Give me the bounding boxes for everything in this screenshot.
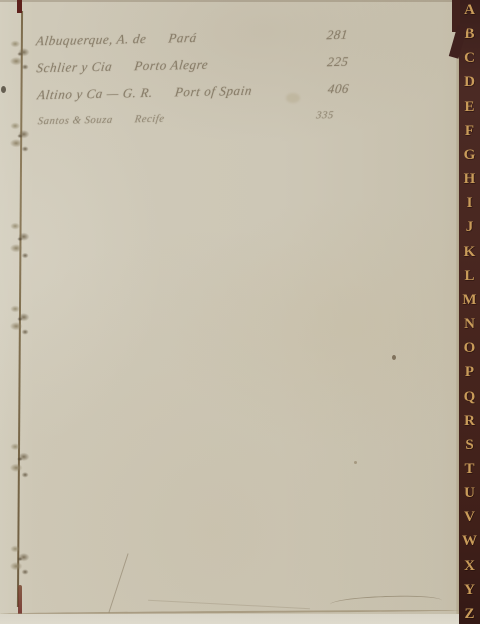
tab-letter-l: L <box>464 269 474 284</box>
page-top-edge <box>0 0 480 2</box>
tab-letter-f: F <box>465 124 474 139</box>
entry-page-number: 281 <box>326 27 349 43</box>
binding-tie <box>4 437 36 481</box>
paper-speck <box>354 461 357 464</box>
tab-letter-g: G <box>464 148 476 163</box>
tab-letter-a: A <box>464 3 475 18</box>
entry-page-number: 225 <box>326 54 349 70</box>
tab-letter-n: N <box>464 317 475 332</box>
binding-tie <box>4 216 36 262</box>
tab-letter-z: Z <box>464 607 474 622</box>
page-bottom-margin <box>0 614 459 624</box>
tab-letter-c: C <box>464 51 475 66</box>
tab-letter-p: P <box>465 365 474 380</box>
index-entry: Santos & Souza Recife 335 <box>37 108 335 130</box>
paper-speck <box>1 86 6 93</box>
tab-letter-o: O <box>464 341 476 356</box>
index-entries: Albuquerque, A. de Pará 281 Schlier y Ci… <box>36 27 350 142</box>
tab-letter-e: E <box>464 100 474 115</box>
binding-tie <box>4 301 36 337</box>
tab-letter-d: D <box>464 75 475 90</box>
tab-letter-v: V <box>464 510 475 525</box>
tab-letter-t: T <box>464 462 474 477</box>
paper-stain <box>286 93 300 103</box>
index-entry: Schlier y Cia Porto Alegre 225 <box>36 54 350 77</box>
binding-tie <box>4 118 36 154</box>
ledger-page-scan: Albuquerque, A. de Pará 281 Schlier y Ci… <box>0 0 480 624</box>
entry-place: Porto Alegre <box>133 57 209 75</box>
tab-letter-x: X <box>464 559 475 574</box>
tab-letter-k: K <box>464 245 476 260</box>
tab-letter-y: Y <box>464 583 475 598</box>
tab-letter-i: I <box>467 196 473 211</box>
tab-letter-m: M <box>462 293 476 308</box>
entry-name: Santos & Souza <box>37 113 114 131</box>
alphabet-tab-strip: A B C D E F G H I J K L M N O P Q R S T … <box>459 0 480 624</box>
tab-letter-w: W <box>462 534 477 549</box>
binding-tie <box>4 541 36 577</box>
index-entry: Altino y Ca — G. R. Port of Spain 406 <box>36 81 350 104</box>
entry-place: Recife <box>134 112 166 129</box>
entry-name: Schlier y Cia <box>36 59 114 77</box>
tab-letter-j: J <box>466 220 474 235</box>
entry-page-number: 406 <box>327 81 350 97</box>
tab-letter-r: R <box>464 414 475 429</box>
binding-ribbon-top <box>17 0 22 13</box>
paper-speck <box>392 355 396 360</box>
entry-place: Pará <box>168 30 198 47</box>
tab-letter-u: U <box>464 486 475 501</box>
tab-letter-h: H <box>464 172 476 187</box>
tab-letter-s: S <box>465 438 473 453</box>
entry-name: Altino y Ca — G. R. <box>36 85 154 103</box>
entry-name: Albuquerque, A. de <box>35 31 147 49</box>
entry-place: Port of Spain <box>174 83 253 101</box>
binding-tie <box>4 36 36 72</box>
entry-page-number: 335 <box>315 108 334 124</box>
tab-letter-q: Q <box>464 390 476 405</box>
